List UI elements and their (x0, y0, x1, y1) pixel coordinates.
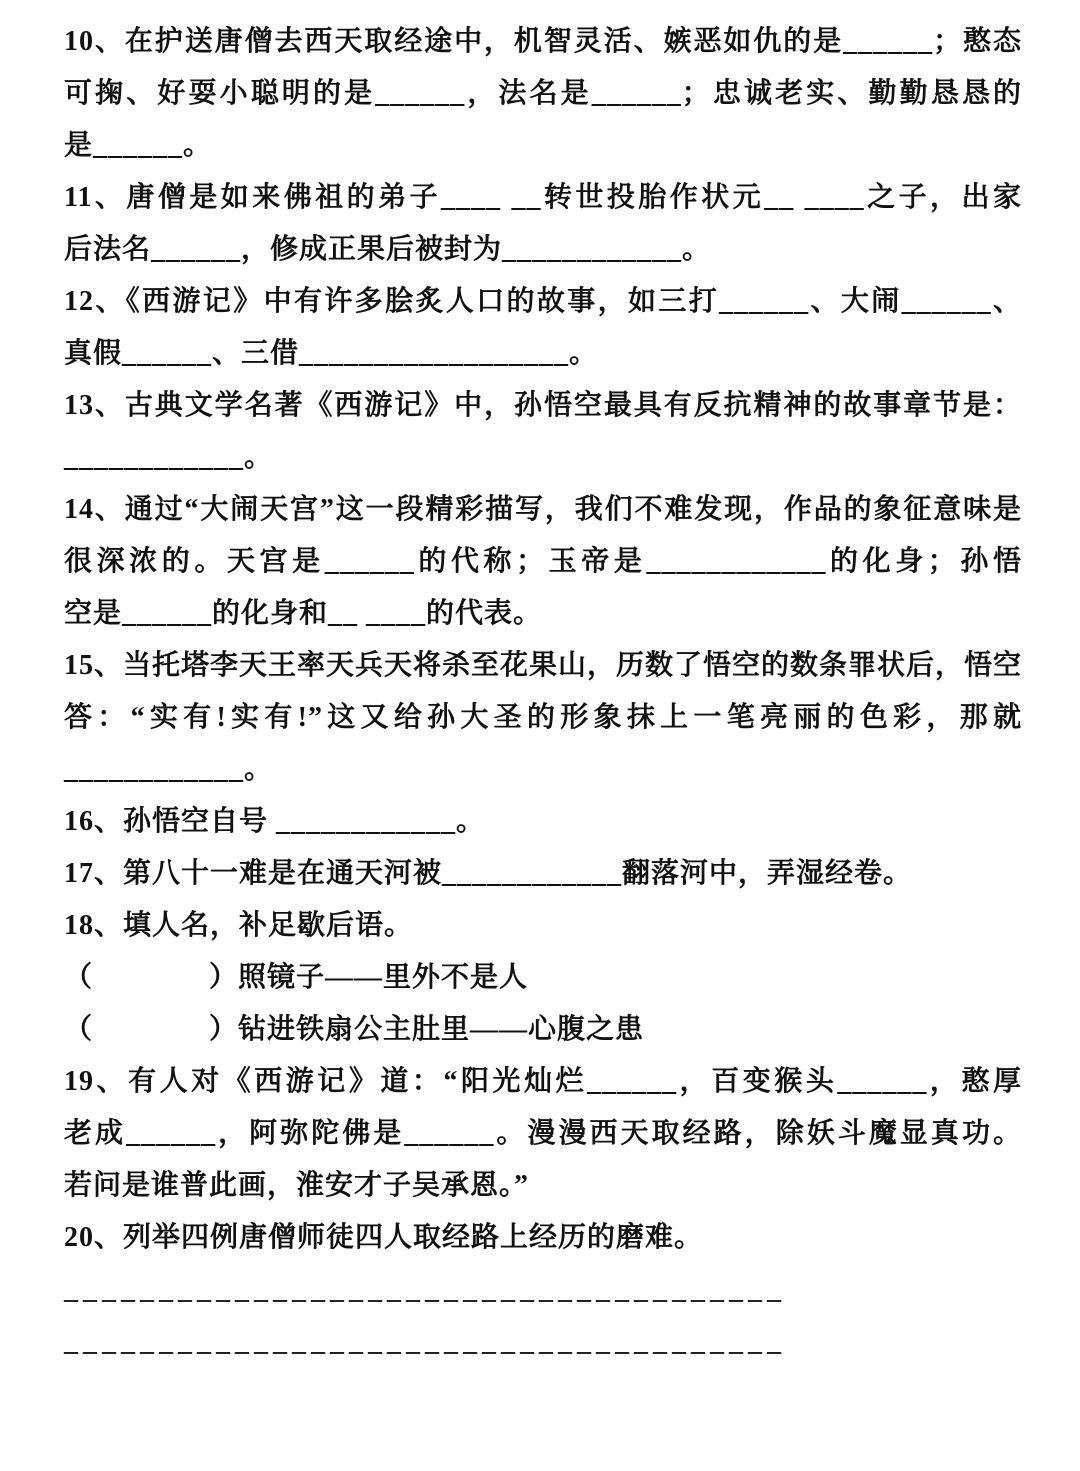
question-20: 20、列举四例唐僧师徒四人取经路上经历的磨难。 ________________… (64, 1212, 1022, 1368)
question-13-line-1: 13、古典文学名著《西游记》中，孙悟空最具有反抗精神的故事章节是： (64, 380, 1022, 432)
question-12-line-2: 真假______、三借__________________。 (64, 328, 1022, 380)
question-10: 10、在护送唐僧去西天取经途中，机智灵活、嫉恶如仇的是______；憨态 可掬、… (64, 16, 1022, 172)
question-11: 11、唐僧是如来佛祖的弟子____ __转世投胎作状元__ ____之子，出家 … (64, 172, 1022, 276)
question-10-line-2: 可掬、好耍小聪明的是______，法名是______；忠诚老实、勤勤恳恳的 (64, 68, 1022, 120)
question-19: 19、有人对《西游记》道：“阳光灿烂______，百变猴头______，憨厚 老… (64, 1056, 1022, 1212)
question-15-line-2: 答：“实有!实有!”这又给孙大圣的形象抹上一笔亮丽的色彩，那就 (64, 692, 1022, 744)
question-13: 13、古典文学名著《西游记》中，孙悟空最具有反抗精神的故事章节是： ______… (64, 380, 1022, 484)
question-13-answer-blank: ____________。 (64, 432, 1022, 484)
question-10-line-1: 10、在护送唐僧去西天取经途中，机智灵活、嫉恶如仇的是______；憨态 (64, 16, 1022, 68)
question-12-line-1: 12、《西游记》中有许多脍炙人口的故事，如三打______、大闹______、 (64, 276, 1022, 328)
question-18-xiehouyu-1: （ ）照镜子——里外不是人 (64, 952, 1022, 1004)
question-15: 15、当托塔李天王率天兵天将杀至花果山，历数了悟空的数条罪状后，悟空 答：“实有… (64, 640, 1022, 796)
question-11-line-1: 11、唐僧是如来佛祖的弟子____ __转世投胎作状元__ ____之子，出家 (64, 172, 1022, 224)
question-14-line-1: 14、通过“大闹天宫”这一段精彩描写，我们不难发现，作品的象征意味是 (64, 484, 1022, 536)
question-16: 16、孙悟空自号 ____________。 (64, 796, 1022, 848)
question-17: 17、第八十一难是在通天河被____________翻落河中，弄湿经卷。 (64, 848, 1022, 900)
question-17-line-1: 17、第八十一难是在通天河被____________翻落河中，弄湿经卷。 (64, 848, 1022, 900)
question-15-line-1: 15、当托塔李天王率天兵天将杀至花果山，历数了悟空的数条罪状后，悟空 (64, 640, 1022, 692)
question-11-line-2: 后法名______，修成正果后被封为____________。 (64, 224, 1022, 276)
question-20-answer-rule-1: ______________________________________ (64, 1264, 1022, 1316)
question-15-answer-blank: ____________。 (64, 744, 1022, 796)
question-14-line-2: 很深浓的。天宫是______的代称；玉帝是____________的化身；孙悟 (64, 536, 1022, 588)
question-19-line-3: 若问是谁普此画，淮安才子吴承恩。” (64, 1160, 1022, 1212)
question-10-line-3: 是______。 (64, 120, 1022, 172)
question-19-line-1: 19、有人对《西游记》道：“阳光灿烂______，百变猴头______，憨厚 (64, 1056, 1022, 1108)
question-18: 18、填人名，补足歇后语。 （ ）照镜子——里外不是人 （ ）钻进铁扇公主肚里—… (64, 900, 1022, 1056)
question-14-line-3: 空是______的化身和__ ____的代表。 (64, 588, 1022, 640)
question-14: 14、通过“大闹天宫”这一段精彩描写，我们不难发现，作品的象征意味是 很深浓的。… (64, 484, 1022, 640)
worksheet-page: 10、在护送唐僧去西天取经途中，机智灵活、嫉恶如仇的是______；憨态 可掬、… (0, 0, 1080, 1368)
question-19-line-2: 老成______，阿弥陀佛是______。漫漫西天取经路，除妖斗魔显真功。 (64, 1108, 1022, 1160)
question-18-line-1: 18、填人名，补足歇后语。 (64, 900, 1022, 952)
question-20-line-1: 20、列举四例唐僧师徒四人取经路上经历的磨难。 (64, 1212, 1022, 1264)
question-18-xiehouyu-2: （ ）钻进铁扇公主肚里——心腹之患 (64, 1004, 1022, 1056)
question-16-line-1: 16、孙悟空自号 ____________。 (64, 796, 1022, 848)
question-12: 12、《西游记》中有许多脍炙人口的故事，如三打______、大闹______、 … (64, 276, 1022, 380)
question-20-answer-rule-2: ______________________________________ (64, 1316, 1022, 1368)
